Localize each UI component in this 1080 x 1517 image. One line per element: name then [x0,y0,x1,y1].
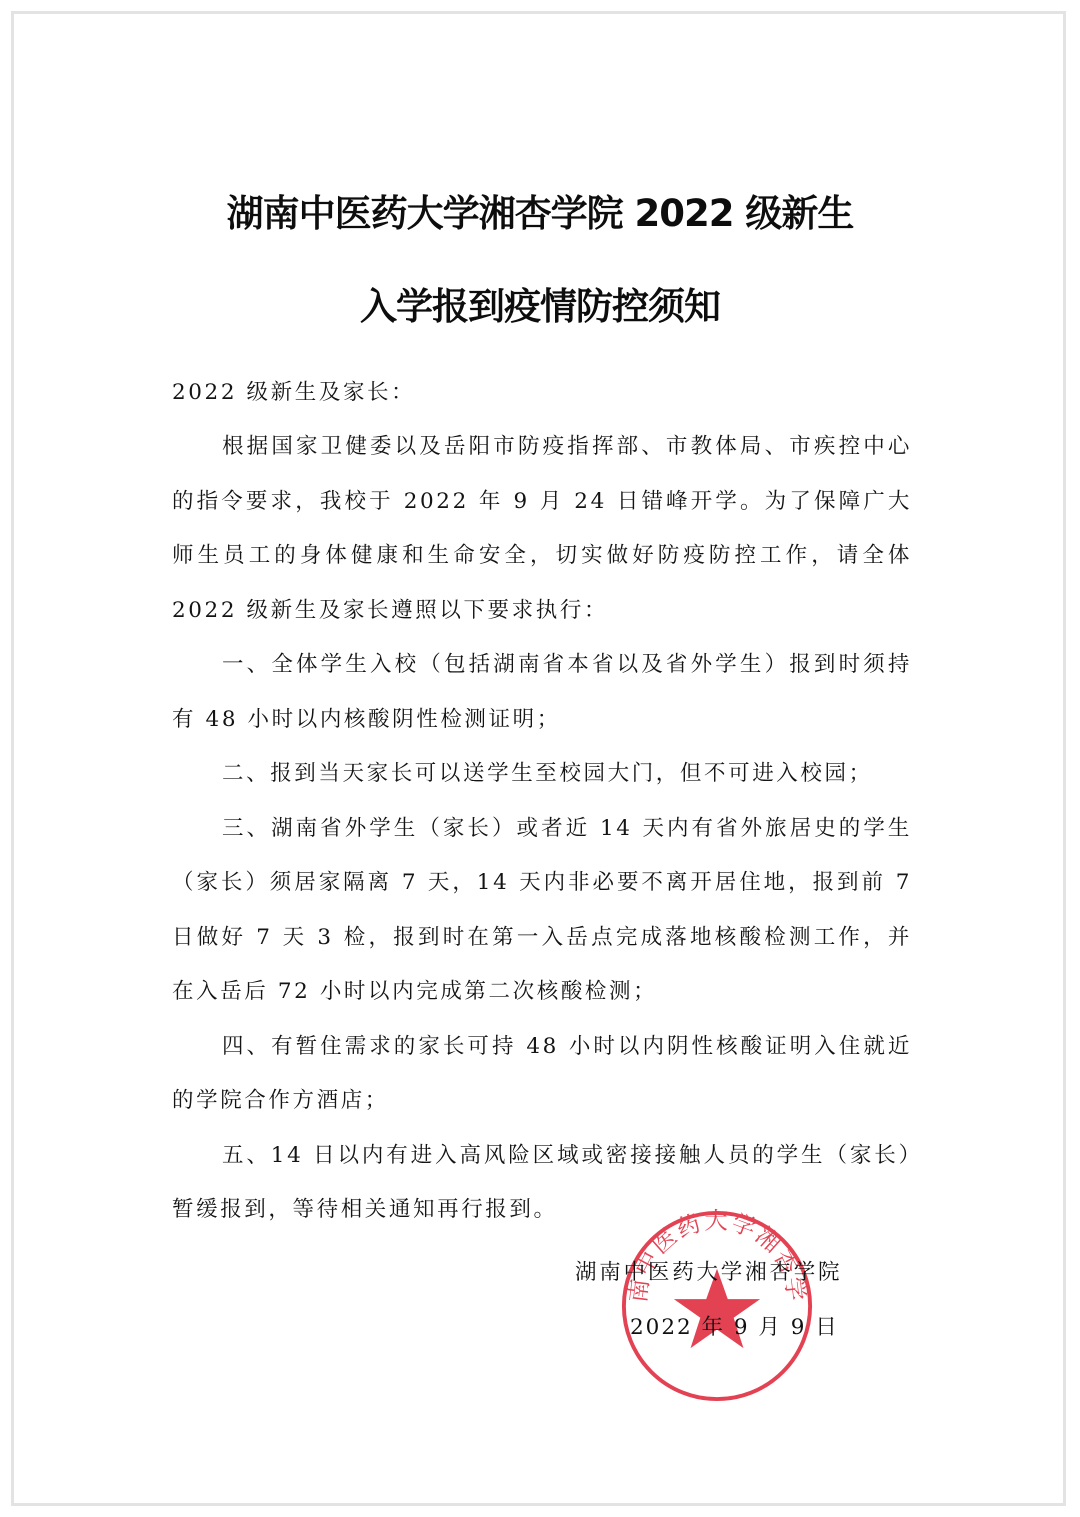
paragraph-item-1: 一、全体学生入校（包括湖南省本省以及省外学生）报到时须持有 48 小时以内核酸阴… [172,638,912,747]
paragraph-item-4: 四、有暂住需求的家长可持 48 小时以内阴性核酸证明入住就近的学院合作方酒店； [172,1020,912,1129]
paragraph-intro: 根据国家卫健委以及岳阳市防疫指挥部、市教体局、市疾控中心的指令要求，我校于 20… [172,420,912,638]
document-title-line-2: 入学报到疫情防控须知 [0,276,1080,330]
signature-institution: 湖南中医药大学湘杏学院 [575,1255,842,1286]
signature-date: 2022 年 9 月 9 日 [630,1310,839,1341]
document-title-line-1: 湖南中医药大学湘杏学院 2022 级新生 [0,183,1080,237]
salutation: 2022 级新生及家长： [172,366,912,421]
document-body: 根据国家卫健委以及岳阳市防疫指挥部、市教体局、市疾控中心的指令要求，我校于 20… [172,420,912,1238]
paragraph-item-2: 二、报到当天家长可以送学生至校园大门，但不可进入校园； [172,747,912,802]
paragraph-item-3: 三、湖南省外学生（家长）或者近 14 天内有省外旅居史的学生（家长）须居家隔离 … [172,802,912,1020]
official-seal: 湖南中医药大学湘杏学院 [619,1208,815,1404]
